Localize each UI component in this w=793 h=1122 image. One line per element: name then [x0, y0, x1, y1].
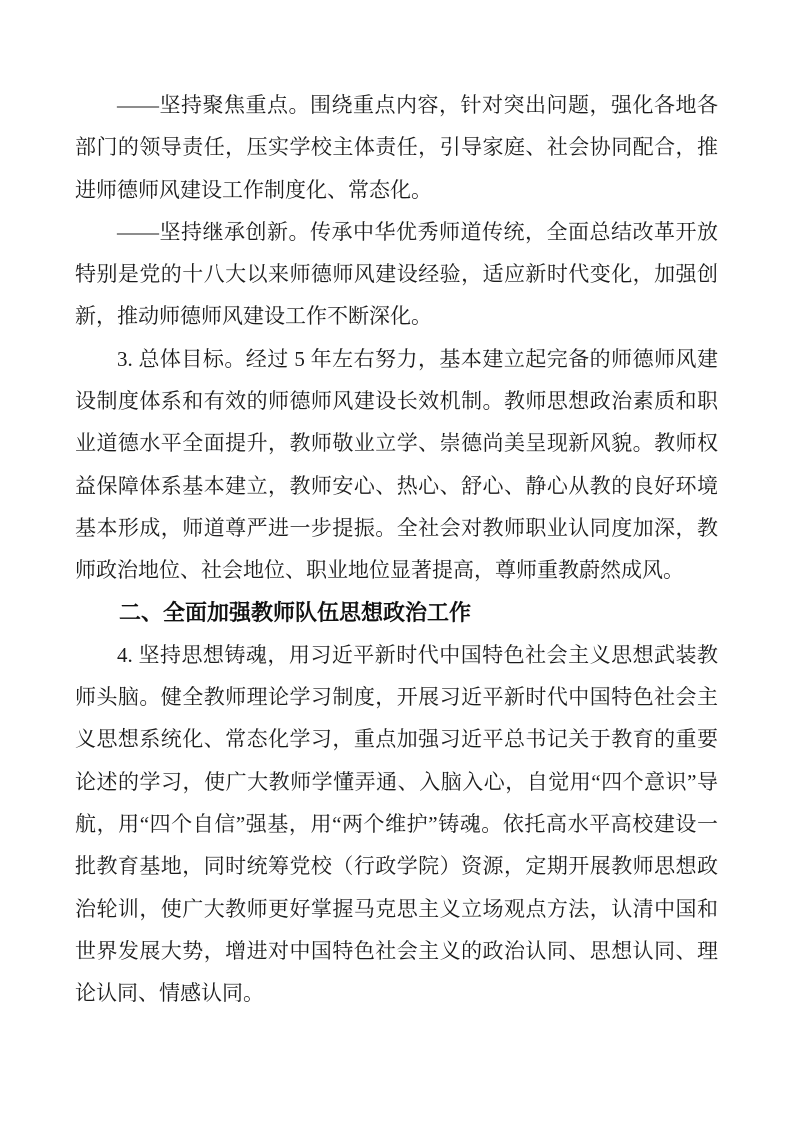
document-page: ——坚持聚焦重点。围绕重点内容，针对突出问题，强化各地各部门的领导责任，压实学校…: [0, 0, 793, 1122]
paragraph-principle-focus-keypoints: ——坚持聚焦重点。围绕重点内容，针对突出问题，强化各地各部门的领导责任，压实学校…: [75, 84, 718, 211]
section-heading-ideological-political-work: 二、全面加强教师队伍思想政治工作: [75, 592, 718, 634]
paragraph-principle-inherit-innovate: ——坚持继承创新。传承中华优秀师道传统，全面总结改革开放特别是党的十八大以来师德…: [75, 211, 718, 338]
paragraph-ideological-soul-casting: 4. 坚持思想铸魂，用习近平新时代中国特色社会主义思想武装教师头脑。健全教师理论…: [75, 634, 718, 1015]
paragraph-overall-goal: 3. 总体目标。经过 5 年左右努力，基本建立起完备的师德师风建设制度体系和有效…: [75, 338, 718, 592]
